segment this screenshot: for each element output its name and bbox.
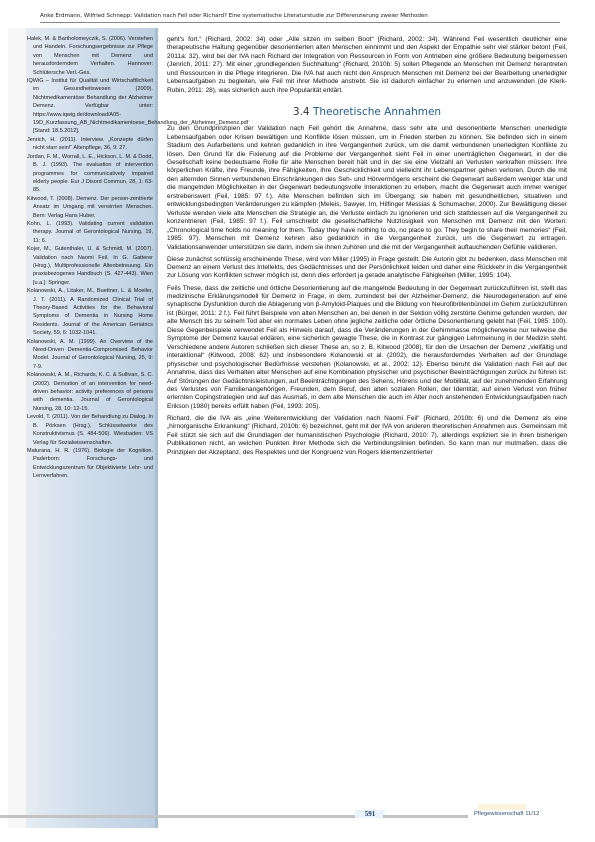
main-text-column: geht's fort.“ (Richard, 2002: 34) oder „… — [167, 36, 567, 461]
journal-name: Pflegewissenschaft 11/12 — [474, 811, 539, 817]
reference-item: Kolanowski, A., Litaker, M., Buettner, L… — [27, 287, 153, 337]
reference-item: Maturana, H. R. (1976). Biologie der Kog… — [27, 447, 153, 481]
reference-item: Kolanowski, A. M., Richards, K. C. & Sul… — [27, 371, 153, 413]
page-footer: 591 Pflegewissenschaft 11/12 — [0, 812, 595, 822]
reference-item: Kitwood, T. (2008). Demenz. Der person-z… — [27, 195, 153, 220]
journal-highlight — [478, 804, 526, 810]
body-paragraph: Zu den Grundprinzipien der Validation na… — [167, 125, 567, 252]
section-title: Theoretische Annahmen — [313, 106, 441, 118]
reference-item: Halek, M. & Bartholomeyczik, S. (2006). … — [27, 35, 153, 77]
reference-item: Kolanowski, A. M. (1999). An Overview of… — [27, 338, 153, 372]
sidebar-edge — [155, 28, 158, 828]
reference-list: Halek, M. & Bartholomeyczik, S. (2006). … — [27, 35, 153, 481]
running-header: Anke Erdmann, Wilfried Schnepp: Validati… — [40, 10, 560, 23]
footer-rule-right — [383, 815, 468, 818]
body-paragraph: Diese zunächst schlüssig erscheinende Th… — [167, 256, 567, 281]
footer-rule-left — [0, 815, 355, 818]
body-paragraph: Feils These, dass die zeitliche und örtl… — [167, 285, 567, 412]
body-paragraph: Richard, die die IVA als „eine Weiterent… — [167, 415, 567, 457]
reference-item: IQWiG – Institut für Qualität und Wirtsc… — [27, 77, 153, 136]
reference-item: Jenrich, H. (2011). Interview. „Konzepte… — [27, 136, 153, 153]
reference-item: Kojer, M., Gutenthaler, U. & Schmidl, M.… — [27, 245, 153, 287]
section-heading: 3.4 Theoretische Annahmen — [167, 105, 567, 119]
page-number: 591 — [355, 810, 385, 818]
reference-item: Jordan, F. M., Worrall, L. E., Hickson, … — [27, 153, 153, 195]
reference-item: Kohn, L. (1993). Validating current vali… — [27, 220, 153, 245]
reference-item: Levold, T. (2011). Von der Behandlung zu… — [27, 413, 153, 447]
section-number: 3.4 — [293, 106, 310, 118]
body-paragraph: geht's fort.“ (Richard, 2002: 34) oder „… — [167, 36, 567, 95]
